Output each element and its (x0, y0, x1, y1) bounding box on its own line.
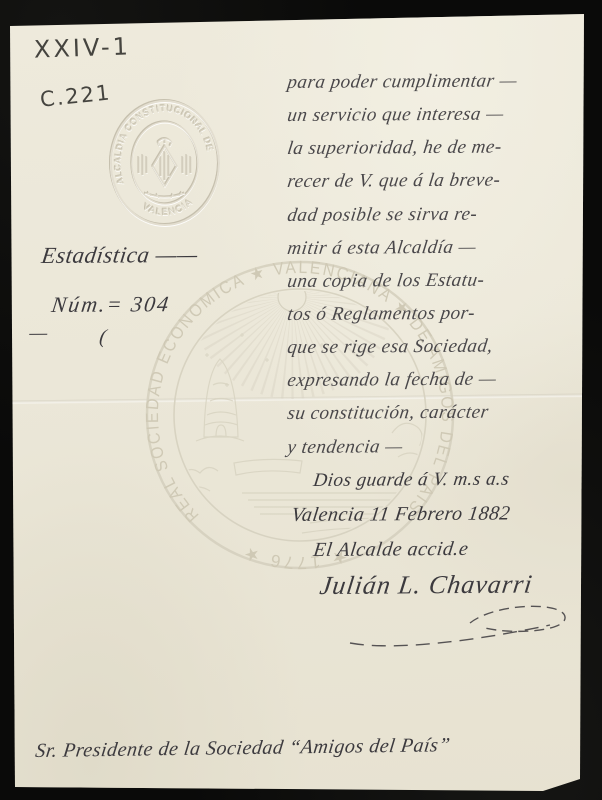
letter-line: tos ó Reglamentos por- (286, 303, 477, 326)
scanned-letter-page: REAL SOCIEDAD ECONOMICA ★ VALENCIANA ★ D… (0, 0, 602, 800)
margin-subject: Estadística —— (40, 242, 199, 269)
margin-mark-paren: ( (98, 326, 108, 349)
valencia-coat-of-arms (139, 138, 191, 198)
letter-line: su constitución, carácter (286, 402, 490, 425)
embossed-alcaldia-seal: ALCALDIA CONSTITUCIONAL DE VALENCIA (104, 94, 226, 232)
letter-line: que se rige esa Sociedad, (286, 336, 494, 359)
archive-code-top: XXIV-1 (34, 32, 132, 63)
letter-line: para poder cumplimentar — (286, 70, 519, 94)
letter-line: y tendencia — (286, 436, 404, 459)
letter-line: dad posible se sirva re- (286, 204, 479, 227)
archive-code-bottom: C.221 (39, 80, 113, 111)
valediction: Dios guarde á V. m.s a.s (312, 469, 511, 492)
paper-sheet: REAL SOCIEDAD ECONOMICA ★ VALENCIANA ★ D… (0, 0, 602, 800)
motto-banner (234, 459, 302, 475)
letter-line: la superioridad, he de me- (286, 137, 503, 160)
addressee-line: Sr. Presidente de la Sociedad “Amigos de… (34, 734, 452, 763)
letter-line: una copia de los Estatu- (286, 270, 486, 293)
beehive-icon (196, 359, 244, 441)
margin-number: Núm.= 304 (50, 291, 172, 318)
letter-line: un servicio que interesa — (286, 103, 505, 127)
dateline: Valencia 11 Febrero 1882 (290, 502, 512, 527)
letter-line: mitir á esta Alcaldía — (286, 237, 478, 260)
signature-rubric (335, 595, 575, 655)
letter-line: recer de V. que á la breve- (286, 170, 502, 193)
signer-title: El Alcalde accid.e (312, 538, 470, 562)
letter-line: expresando la fecha de — (286, 369, 498, 392)
margin-mark-dash: — (28, 322, 49, 345)
rocks-left (180, 467, 218, 491)
